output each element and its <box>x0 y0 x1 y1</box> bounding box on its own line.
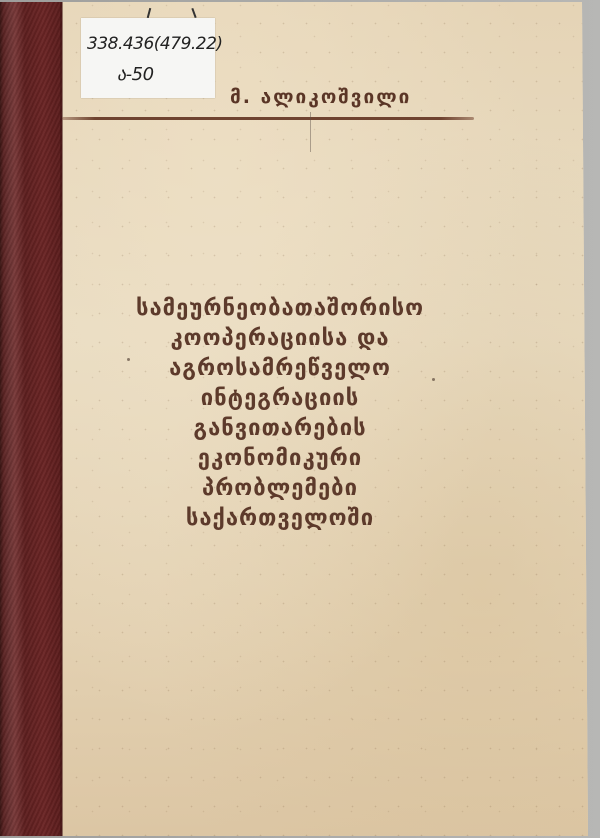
spine-edge <box>60 2 63 836</box>
ink-speck <box>432 378 435 381</box>
library-call-number-label: 338.436(479.22) ა-50 <box>81 18 215 98</box>
title-line: ეკონომიკური <box>110 444 450 474</box>
crease-mark <box>310 112 311 152</box>
ink-speck <box>127 358 130 361</box>
title-line: სამეურნეობათაშორისო <box>110 294 450 324</box>
book-title: სამეურნეობათაშორისო კოოპერაციისა და აგრო… <box>110 294 450 534</box>
author-name: მ. ალიკოშვილი <box>230 86 411 108</box>
call-number: 338.436(479.22) <box>87 34 223 54</box>
title-line: განვითარების <box>110 414 450 444</box>
divider-rule <box>62 117 474 120</box>
title-line: ინტეგრაციის <box>110 384 450 414</box>
book-cover: 338.436(479.22) ა-50 მ. ალიკოშვილი სამეუ… <box>0 2 588 836</box>
cutter-number: ა-50 <box>117 64 154 85</box>
title-line: საქართველოში <box>110 504 450 534</box>
title-line: პრობლემები <box>110 474 450 504</box>
title-line: კოოპერაციისა და <box>110 324 450 354</box>
book-spine <box>0 2 62 836</box>
title-line: აგროსამრეწველო <box>110 354 450 384</box>
